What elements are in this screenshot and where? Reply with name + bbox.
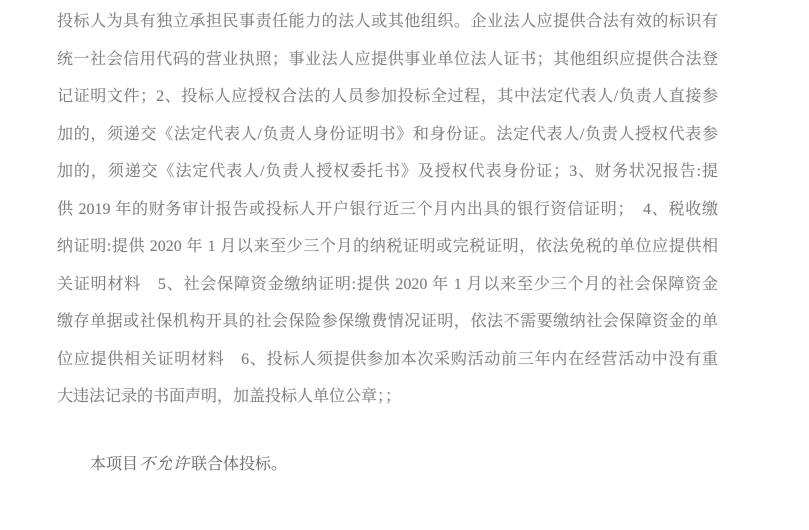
paragraph-line: 记证明文件；2、投标人应授权合法的人员参加投标全过程，其中法定代表人/负责人直接…	[57, 78, 718, 116]
paragraph-line: 加的，须递交《法定代表人/负责人授权委托书》及授权代表身份证；3、财务状况报告:…	[57, 153, 718, 191]
closing-prefix: 本项目	[90, 456, 138, 473]
paragraph-line: 投标人为具有独立承担民事责任能力的法人或其他组织。企业法人应提供合法有效的标识有	[57, 3, 718, 41]
paragraph-line: 关证明材料 5、社会保障资金缴纳证明:提供 2020 年 1 月以来至少三个月的…	[57, 266, 718, 304]
document-page: 投标人为具有独立承担民事责任能力的法人或其他组织。企业法人应提供合法有效的标识有…	[0, 0, 809, 530]
paragraph-line: 加的，须递交《法定代表人/负责人身份证明书》和身份证。法定代表人/负责人授权代表…	[57, 116, 718, 154]
paragraph-bidder-qualification-requirements: 投标人为具有独立承担民事责任能力的法人或其他组织。企业法人应提供合法有效的标识有…	[57, 3, 718, 416]
closing-emphasis-not-allowed: 不允许	[138, 456, 191, 473]
paragraph-line: 供 2019 年的财务审计报告或投标人开户银行近三个月内出具的银行资信证明； 4…	[57, 191, 718, 229]
paragraph-line: 统一社会信用代码的营业执照；事业法人应提供事业单位法人证书；其他组织应提供合法登	[57, 41, 718, 79]
paragraph-line: 位应提供相关证明材料 6、投标人须提供参加本次采购活动前三年内在经营活动中没有重	[57, 341, 718, 379]
paragraph-no-consortium-bidding: 本项目不允许联合体投标。	[57, 446, 718, 484]
paragraph-line: 大违法记录的书面声明，加盖投标人单位公章；；	[57, 378, 718, 416]
paragraph-line: 缴存单据或社保机构开具的社会保险参保缴费情况证明，依法不需要缴纳社会保障资金的单	[57, 303, 718, 341]
closing-suffix: 联合体投标。	[191, 456, 287, 473]
paragraph-line: 纳证明:提供 2020 年 1 月以来至少三个月的纳税证明或完税证明，依法免税的…	[57, 228, 718, 266]
